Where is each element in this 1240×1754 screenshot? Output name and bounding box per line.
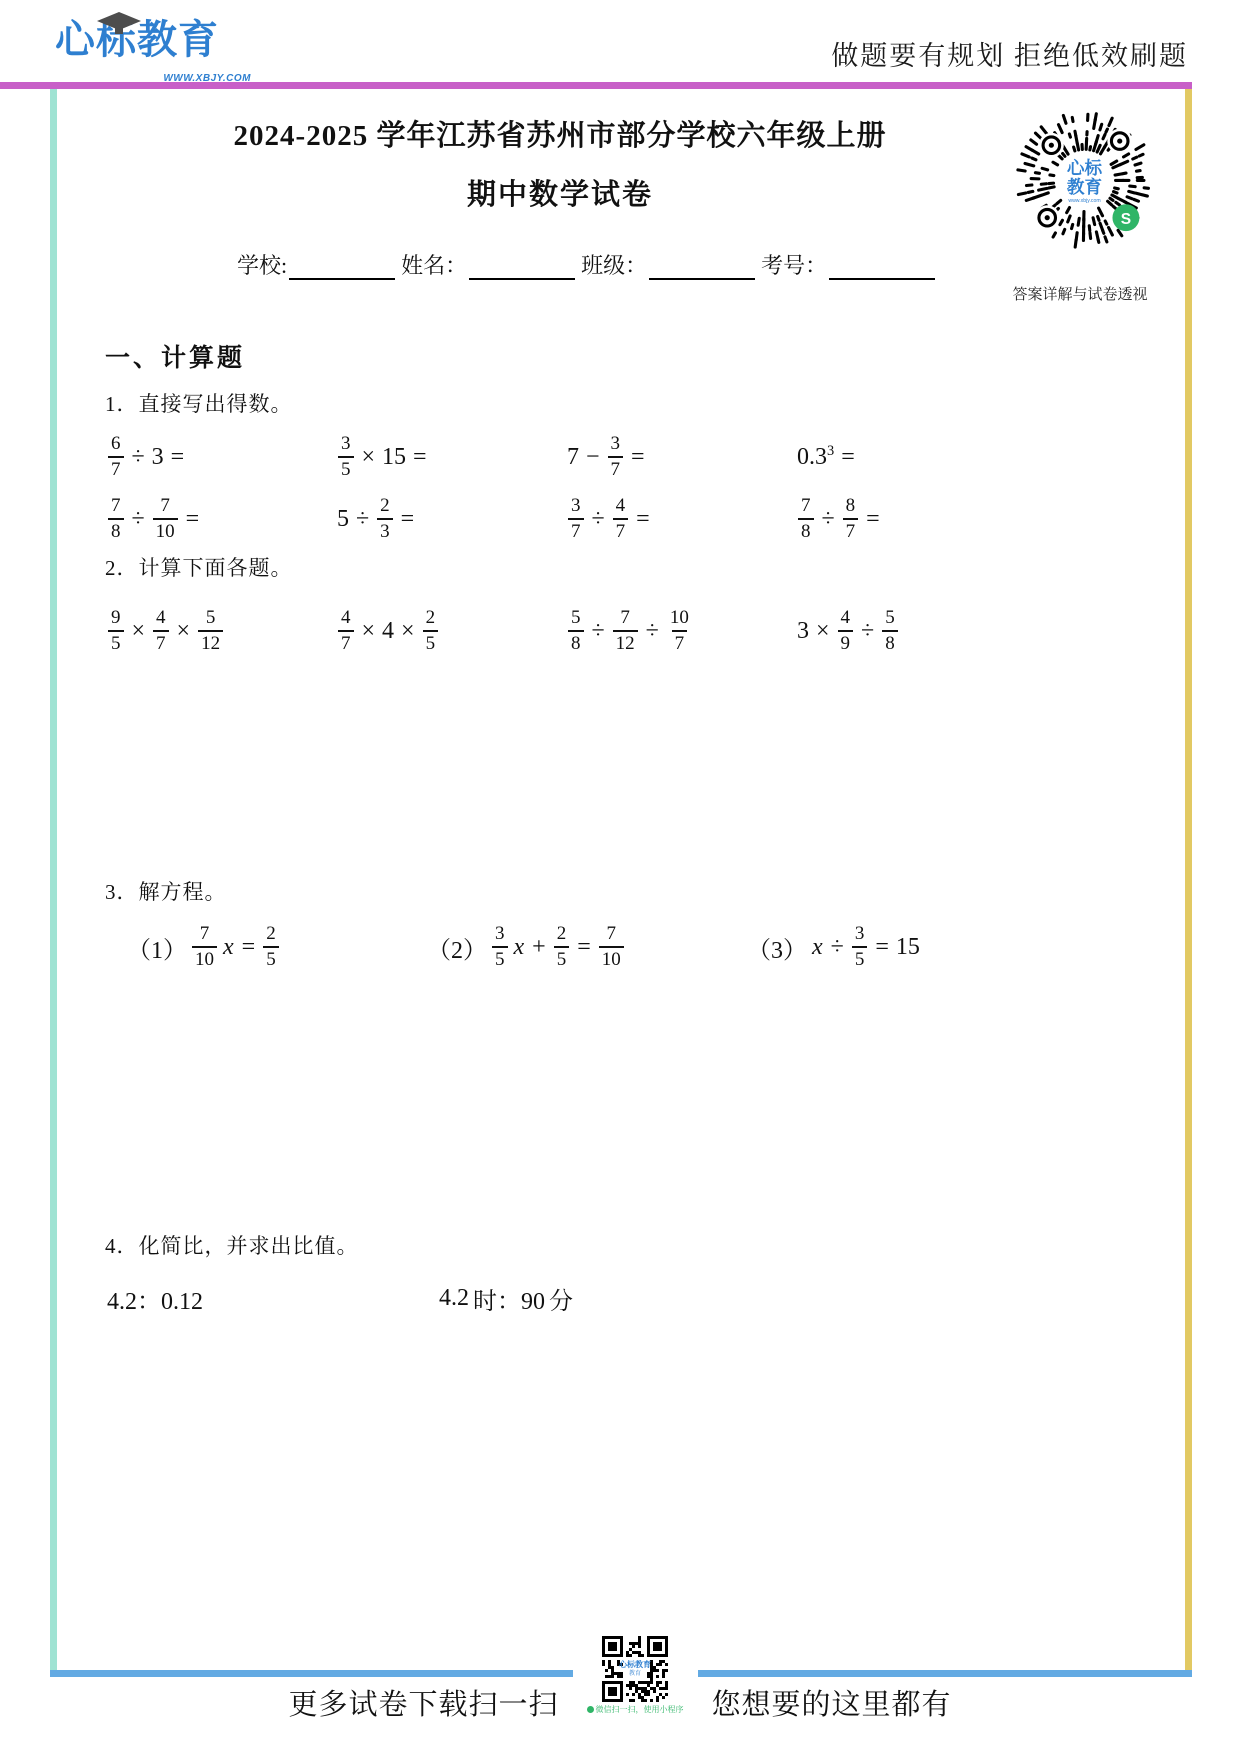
class-label: 班级： [581,249,647,280]
section-1-heading: 一、计算题 [105,338,245,374]
question-1-row-2: 78÷710= 5÷23= 37÷47= 78÷87= [105,488,1105,550]
brand-logo-text: 心标教育 [55,20,255,60]
math-expression: 3×49÷58 [795,600,1105,662]
math-expression: 47×4×25 [335,600,565,662]
math-expression: 35×15= [335,426,565,488]
math-equation: （1）710x=25 [125,916,425,978]
math-expression: 37÷47= [565,488,795,550]
math-expression: 5÷23= [335,488,565,550]
school-blank-field [289,252,395,280]
ratio-expression: 4.2时：90分 [437,1276,905,1320]
header-divider-line [0,82,1192,89]
student-info-form: 学校: 姓名： 班级： 考号： [237,249,941,280]
svg-text:心标教育: 心标教育 [618,1659,651,1669]
question-3-label: 3．解方程。 [105,876,227,906]
math-expression: 0.33= [795,426,1105,488]
math-expression: 78÷710= [105,488,335,550]
svg-text:S: S [1121,211,1131,228]
footer-right-text: 您想要的这里都有 [712,1682,952,1723]
answer-detail-qr-code: 心标教育www.xbjy.comS [1012,110,1157,255]
name-label: 姓名： [401,249,467,280]
exam-no-label: 考号： [761,249,827,280]
footer-left-text: 更多试卷下载扫一扫 [288,1682,558,1723]
math-equation: （3）x÷35=15 [745,916,1125,978]
wechat-dot-icon [587,1706,594,1713]
question-3-row: （1）710x=25 （2）35x+25=710 （3）x÷35=15 [125,916,1125,978]
school-label: 学校: [237,249,287,280]
graduation-cap-icon [97,12,141,36]
page-footer: 更多试卷下载扫一扫 心标教育教育 微信扫一扫，使用小程序 您想要的这里都有 [0,1630,1240,1723]
svg-text:教育: 教育 [629,1669,641,1677]
math-expression: 95×47×512 [105,600,335,662]
exam-title-line1: 2024-2025 学年江苏省苏州市部分学校六年级上册 [80,113,1040,154]
math-expression: 78÷87= [795,488,1105,550]
question-2-label: 2．计算下面各题。 [105,552,293,582]
name-blank-field [469,252,575,280]
brand-logo: 心标教育 WWW.XBJY.COM [55,20,255,82]
download-qr-code: 心标教育教育 [602,1636,668,1702]
wechat-scan-note: 微信扫一扫，使用小程序 [587,1704,684,1715]
question-2-row: 95×47×512 47×4×25 58÷712÷107 3×49÷58 [105,600,1105,662]
download-qr-block: 心标教育教育 微信扫一扫，使用小程序 [573,1630,698,1717]
svg-text:心标: 心标 [1067,158,1104,178]
svg-text:www.xbjy.com: www.xbjy.com [1068,198,1100,204]
ratio-expression: 4.2：0.12 [105,1276,437,1320]
question-4-row: 4.2：0.12 4.2时：90分 [105,1276,905,1320]
svg-text:教育: 教育 [1067,177,1102,197]
math-equation: （2）35x+25=710 [425,916,745,978]
math-expression: 7−37= [565,426,795,488]
math-expression: 67÷3= [105,426,335,488]
math-expression: 58÷712÷107 [565,600,795,662]
class-blank-field [649,252,755,280]
question-1-label: 1．直接写出得数。 [105,388,293,418]
header-slogan: 做题要有规划 拒绝低效刷题 [831,34,1188,73]
question-1-row-1: 67÷3= 35×15= 7−37= 0.33= [105,426,1105,488]
page-left-border [50,89,57,1670]
question-4-label: 4．化简比，并求出比值。 [105,1230,359,1260]
qr-caption: 答案详解与试卷透视 [985,283,1175,304]
exam-title-line2: 期中数学试卷 [80,172,1040,213]
page-right-border [1185,89,1192,1670]
exam-no-blank-field [829,252,935,280]
